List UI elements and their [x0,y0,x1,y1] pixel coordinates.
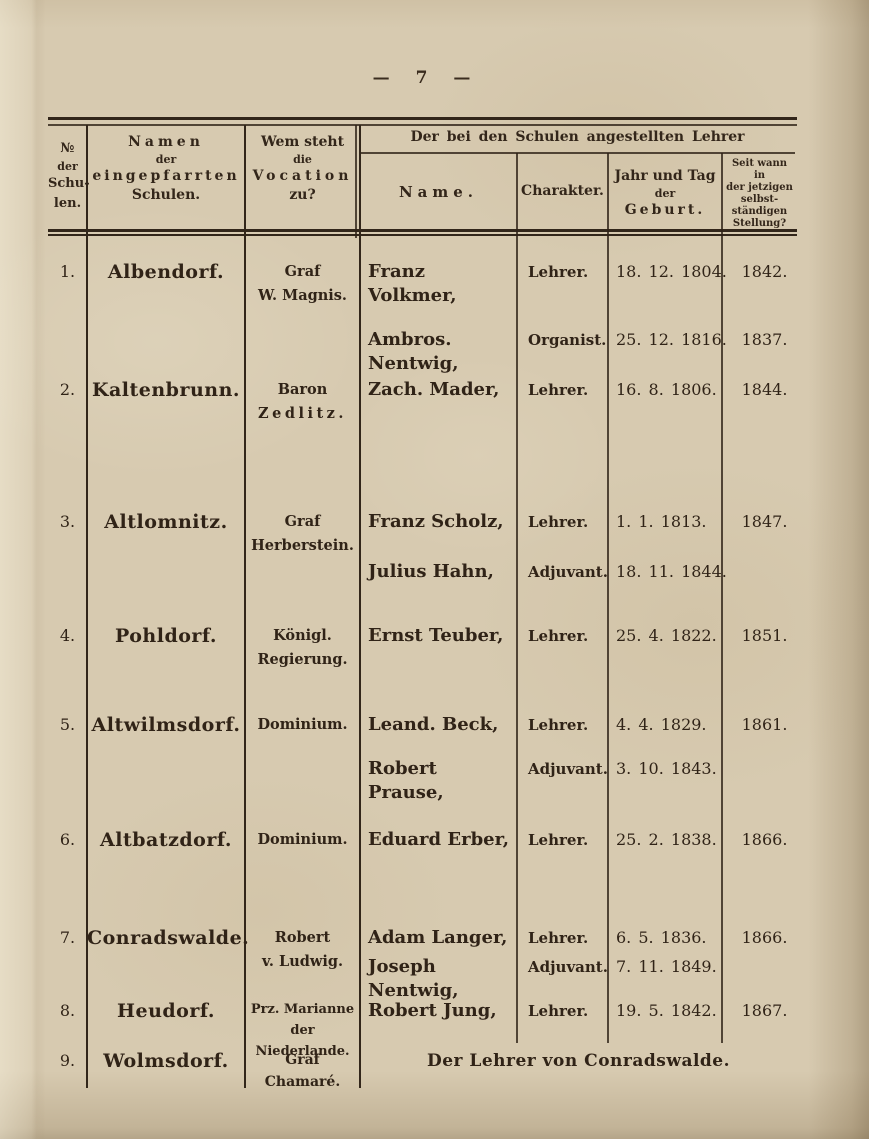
teacher-geburt: 7. 11. 1849. [608,955,722,1003]
page-number: — 7 — [48,68,797,88]
teacher-geburt: 16. 8. 1806. [608,378,722,402]
teacher-geburt: 18. 12. 1804. [608,260,722,308]
header-line: der [608,186,722,201]
header-name-column: Name. [360,183,517,201]
teacher-charakter: Lehrer. [517,999,608,1023]
vocation-cell: Graf W. Magnis. [245,260,360,376]
school-name: Altwilmsdorf. [87,713,245,820]
header-line: № [48,139,87,159]
teachers-cell: Adam Langer, Lehrer. 6. 5. 1836. 1866. J… [360,926,797,1003]
header-line: Vocation [245,167,360,186]
header-school-column: Namen der eingepfarrten Schulen. [87,133,245,205]
school-number: 3. [48,510,87,617]
header-no-column: № der Schu- len. [48,139,87,214]
header-line: Namen [87,133,245,152]
table-row: 9. Wolmsdorf. Graf Chamaré. Der Lehrer v… [48,1043,797,1090]
table-row: 1. Albendorf. Graf W. Magnis. Franz Volk… [48,238,797,372]
header-line: ständigen [722,206,797,218]
teacher-seit: 1844. [722,378,797,402]
school-teacher-table: № der Schu- len. Namen der eingepfarrten… [48,117,797,1090]
teacher-name: Zach. Mader, [360,378,517,402]
header-line: len. [48,194,87,214]
lehrer-group-underline [360,152,795,154]
header-vocation-column: Wem steht die Vocation zu? [245,133,360,205]
header-line: Wem steht [245,133,360,152]
teacher-charakter: Lehrer. [517,260,608,308]
vocation-line: Herberstein. [245,534,360,558]
teachers-cell: Eduard Erber, Lehrer. 25. 2. 1838. 1866. [360,828,797,920]
teacher-seit [722,560,797,584]
header-line: eingepfarrten [87,167,245,186]
header-line: Jahr und Tag [608,167,722,186]
header-line: Geburt. [608,201,722,220]
vocation-line: Graf [245,510,360,534]
teacher-seit: 1842. [722,260,797,308]
teacher-seit: 1866. [722,926,797,950]
teacher-seit [722,955,797,1003]
teacher-name: Ambros. Nentwig, [360,328,517,376]
teachers-cell: Zach. Mader, Lehrer. 16. 8. 1806. 1844. [360,378,797,502]
teacher-charakter: Organist. [517,328,608,376]
table-row: 4. Pohldorf. Königl. Regierung. Ernst Te… [48,617,797,707]
teacher-geburt: 1. 1. 1813. [608,510,722,534]
school-name: Altlomnitz. [87,510,245,617]
teacher-name: Eduard Erber, [360,828,517,852]
teacher-seit: 1866. [722,828,797,852]
header-line: Stellung? [722,218,797,230]
header-line: Schu- [48,174,87,194]
teachers-cell: Ernst Teuber, Lehrer. 25. 4. 1822. 1851. [360,624,797,707]
teacher-geburt: 25. 12. 1816. [608,328,722,376]
vocation-line: W. Magnis. [245,284,360,308]
teacher-charakter: Adjuvant. [517,955,608,1003]
teachers-cell: Der Lehrer von Conradswalde. [360,1049,797,1093]
teacher-name: Robert Jung, [360,999,517,1023]
header-charakter-column: Charakter. [517,183,608,199]
school-name: Altbatzdorf. [87,828,245,920]
teacher-seit: 1847. [722,510,797,534]
school-number: 7. [48,926,87,1003]
vocation-cell: Graf Chamaré. [245,1049,360,1093]
header-line: Der bei den Schulen angestellten Lehrer [360,129,795,145]
teacher-charakter: Lehrer. [517,378,608,402]
teacher-name: Ernst Teuber, [360,624,517,648]
teacher-name: Franz Scholz, [360,510,517,534]
header-line: Seit wann [722,158,797,170]
header-line: der [48,159,87,174]
table-body: 1. Albendorf. Graf W. Magnis. Franz Volk… [48,238,797,1090]
school-name: Kaltenbrunn. [87,378,245,502]
teachers-cell: Leand. Beck, Lehrer. 4. 4. 1829. 1861. R… [360,713,797,820]
vocation-line: Dominium. [245,713,360,737]
school-number: 4. [48,624,87,707]
teacher-geburt: 25. 4. 1822. [608,624,722,648]
table-row: 7. Conradswalde. Robert v. Ludwig. Adam … [48,920,797,995]
teacher-seit [722,757,797,805]
vocation-line: Graf [245,260,360,284]
header-line: in [722,170,797,182]
header-line: Schulen. [87,186,245,205]
teacher-geburt: 18. 11. 1844. [608,560,722,584]
school-number: 2. [48,378,87,502]
table-row: 8. Heudorf. Prz. Marianne der Niederland… [48,995,797,1043]
header-line: selbst- [722,194,797,206]
teacher-name: Adam Langer, [360,926,517,950]
header-seit-column: Seit wann in der jetzigen selbst- ständi… [722,158,797,230]
school-number: 1. [48,260,87,376]
header-line: der jetzigen [722,182,797,194]
teacher-geburt: 6. 5. 1836. [608,926,722,950]
teacher-seit: 1837. [722,328,797,376]
row-note: Der Lehrer von Conradswalde. [360,1049,797,1073]
table-row: 3. Altlomnitz. Graf Herberstein. Franz S… [48,502,797,617]
vocation-cell: Robert v. Ludwig. [245,926,360,1003]
teacher-geburt: 19. 5. 1842. [608,999,722,1023]
header-bottom-rule-thick [48,229,797,232]
teacher-charakter: Lehrer. [517,828,608,852]
school-name: Pohldorf. [87,624,245,707]
teacher-name: Franz Volkmer, [360,260,517,308]
teacher-seit: 1867. [722,999,797,1023]
teachers-cell: Franz Scholz, Lehrer. 1. 1. 1813. 1847. … [360,510,797,617]
teacher-name: Julius Hahn, [360,560,517,584]
teacher-name: Joseph Nentwig, [360,955,517,1003]
vocation-line: Baron [245,378,360,402]
vocation-cell: Baron Zedlitz. [245,378,360,502]
vocation-line: Dominium. [245,828,360,852]
vocation-line: Prz. Marianne [245,999,360,1020]
header-line: Name. [360,183,517,201]
teacher-charakter: Lehrer. [517,510,608,534]
vocation-cell: Dominium. [245,713,360,820]
teacher-seit: 1851. [722,624,797,648]
vocation-line: Chamaré. [245,1071,360,1093]
school-name: Wolmsdorf. [87,1049,245,1093]
vocation-line: Graf [245,1049,360,1071]
teachers-cell: Franz Volkmer, Lehrer. 18. 12. 1804. 184… [360,260,797,376]
teacher-charakter: Adjuvant. [517,560,608,584]
teacher-geburt: 25. 2. 1838. [608,828,722,852]
vocation-cell: Graf Herberstein. [245,510,360,617]
school-name: Conradswalde. [87,926,245,1003]
teacher-charakter: Lehrer. [517,926,608,950]
teacher-geburt: 3. 10. 1843. [608,757,722,805]
vocation-line: v. Ludwig. [245,950,360,974]
vocation-line: Regierung. [245,648,360,672]
vocation-line: Königl. [245,624,360,648]
teacher-name: Robert Prause, [360,757,517,805]
header-line: die [245,152,360,167]
table-row: 2. Kaltenbrunn. Baron Zedlitz. Zach. Mad… [48,372,797,502]
header-bottom-rule-thin [48,234,797,236]
header-line: zu? [245,186,360,205]
vocation-cell: Dominium. [245,828,360,920]
table-top-rule-thick [48,117,797,120]
header-geburt-column: Jahr und Tag der Geburt. [608,167,722,220]
table-row: 6. Altbatzdorf. Dominium. Eduard Erber, … [48,820,797,920]
vocation-line: Zedlitz. [245,402,360,426]
teacher-name: Leand. Beck, [360,713,517,737]
vocation-line: Robert [245,926,360,950]
vocation-cell: Königl. Regierung. [245,624,360,707]
teacher-geburt: 4. 4. 1829. [608,713,722,737]
header-line: Charakter. [517,183,608,199]
school-number: 6. [48,828,87,920]
school-number: 9. [48,1049,87,1093]
teacher-seit: 1861. [722,713,797,737]
teacher-charakter: Lehrer. [517,624,608,648]
school-number: 5. [48,713,87,820]
table-row: 5. Altwilmsdorf. Dominium. Leand. Beck, … [48,707,797,820]
teacher-charakter: Lehrer. [517,713,608,737]
table-top-rule-thin [48,124,797,126]
header-lehrer-group: Der bei den Schulen angestellten Lehrer [360,129,795,145]
school-name: Albendorf. [87,260,245,376]
header-line: der [87,152,245,167]
teacher-charakter: Adjuvant. [517,757,608,805]
